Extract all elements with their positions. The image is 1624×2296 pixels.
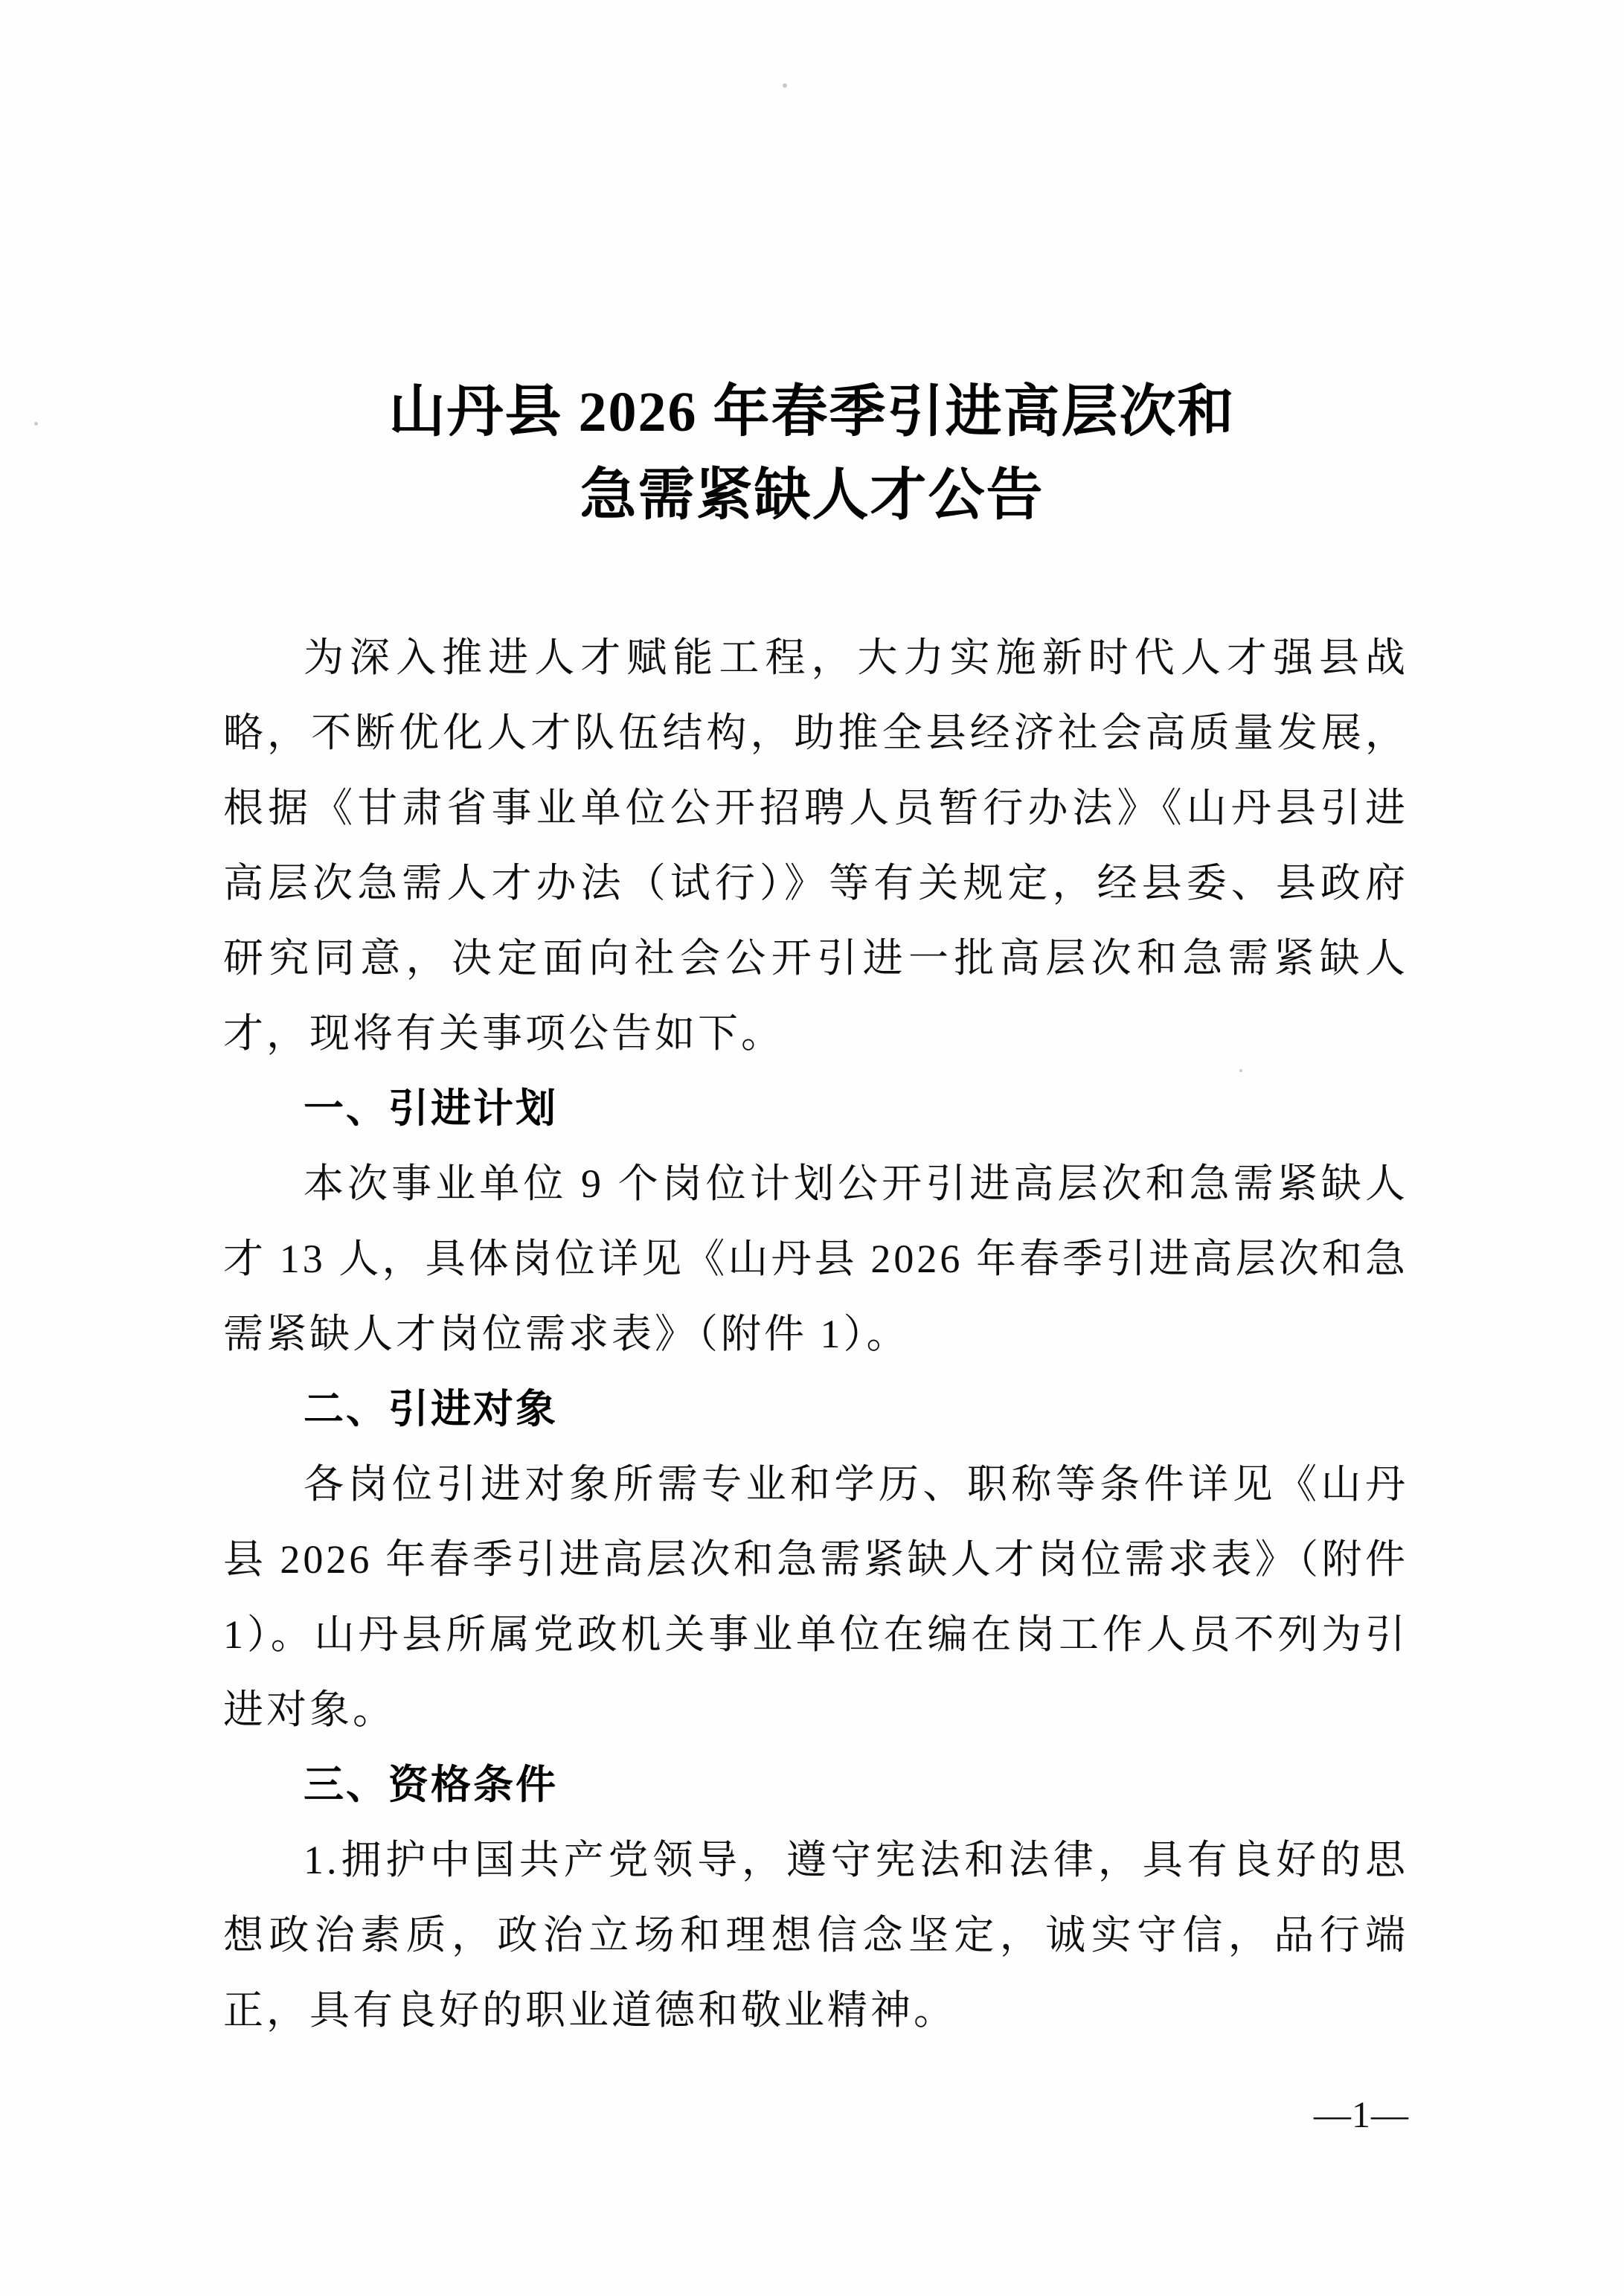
section-heading-1: 一、引进计划	[223, 1071, 1408, 1147]
section-3-paragraph: 1.拥护中国共产党领导，遵守宪法和法律，具有良好的思想政治素质，政治立场和理想信…	[223, 1823, 1408, 2048]
scan-speck	[34, 422, 38, 426]
document-body: 为深入推进人才赋能工程，大力实施新时代人才强县战略，不断优化人才队伍结构，助推全…	[223, 621, 1408, 2048]
section-2-paragraph: 各岗位引进对象所需专业和学历、职称等条件详见《山丹县 2026 年春季引进高层次…	[223, 1447, 1408, 1748]
section-1-paragraph: 本次事业单位 9 个岗位计划公开引进高层次和急需紧缺人才 13 人，具体岗位详见…	[223, 1147, 1408, 1372]
document-title-line-1: 山丹县 2026 年春季引进高层次和	[0, 371, 1624, 454]
scan-speck	[783, 83, 787, 88]
scanned-document-page: 山丹县 2026 年春季引进高层次和 急需紧缺人才公告 为深入推进人才赋能工程，…	[0, 0, 1624, 2296]
document-title: 山丹县 2026 年春季引进高层次和 急需紧缺人才公告	[0, 371, 1624, 537]
document-title-line-2: 急需紧缺人才公告	[0, 454, 1624, 537]
intro-paragraph: 为深入推进人才赋能工程，大力实施新时代人才强县战略，不断优化人才队伍结构，助推全…	[223, 621, 1408, 1071]
section-heading-2: 二、引进对象	[223, 1372, 1408, 1447]
scan-speck	[1239, 1069, 1242, 1072]
page-number: —1—	[1309, 2092, 1413, 2137]
section-heading-3: 三、资格条件	[223, 1748, 1408, 1823]
